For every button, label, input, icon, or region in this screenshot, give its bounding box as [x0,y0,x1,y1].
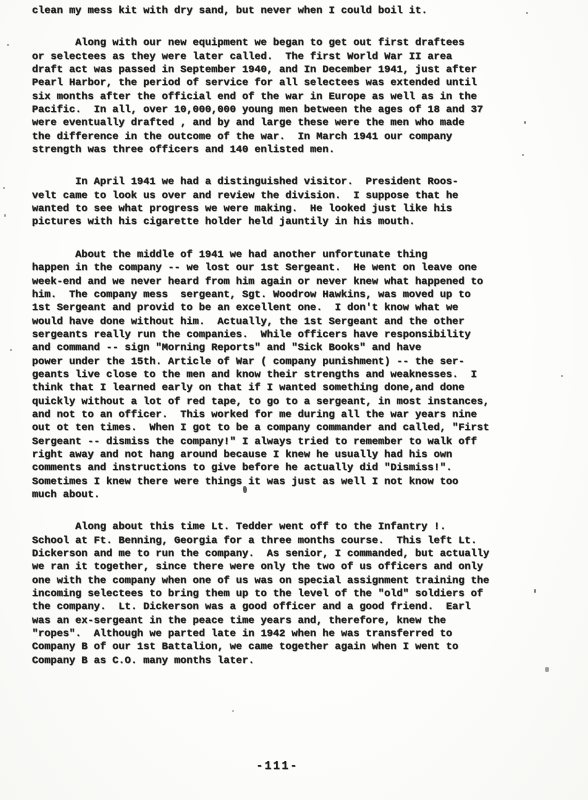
paragraph-first-sergeant: About the middle of 1941 we had another … [32,249,577,503]
scan-speck [561,375,563,377]
scan-speck [526,12,528,14]
paragraph-lt-tedder: Along about this time Lt. Tedder went of… [32,521,577,668]
paragraph-roosevelt-visit: In April 1941 we had a distinguished vis… [32,176,577,229]
scanned-document-page: clean my mess kit with dry sand, but nev… [0,0,588,800]
scan-ink-blot [243,486,247,493]
scan-speck [522,154,524,156]
page-number: -111- [256,760,299,773]
scan-speck [4,214,6,217]
scan-speck [3,187,5,189]
scan-speck [10,349,12,351]
scan-speck [534,589,536,593]
scan-speck [524,121,526,124]
scan-speck [7,44,9,46]
paragraph-continuation: clean my mess kit with dry sand, but nev… [32,5,577,18]
paragraph-draftees: Along with our new equipment we began to… [32,37,577,157]
scan-speck [545,667,549,672]
document-text-body: clean my mess kit with dry sand, but nev… [32,5,577,687]
scan-speck [232,710,234,712]
